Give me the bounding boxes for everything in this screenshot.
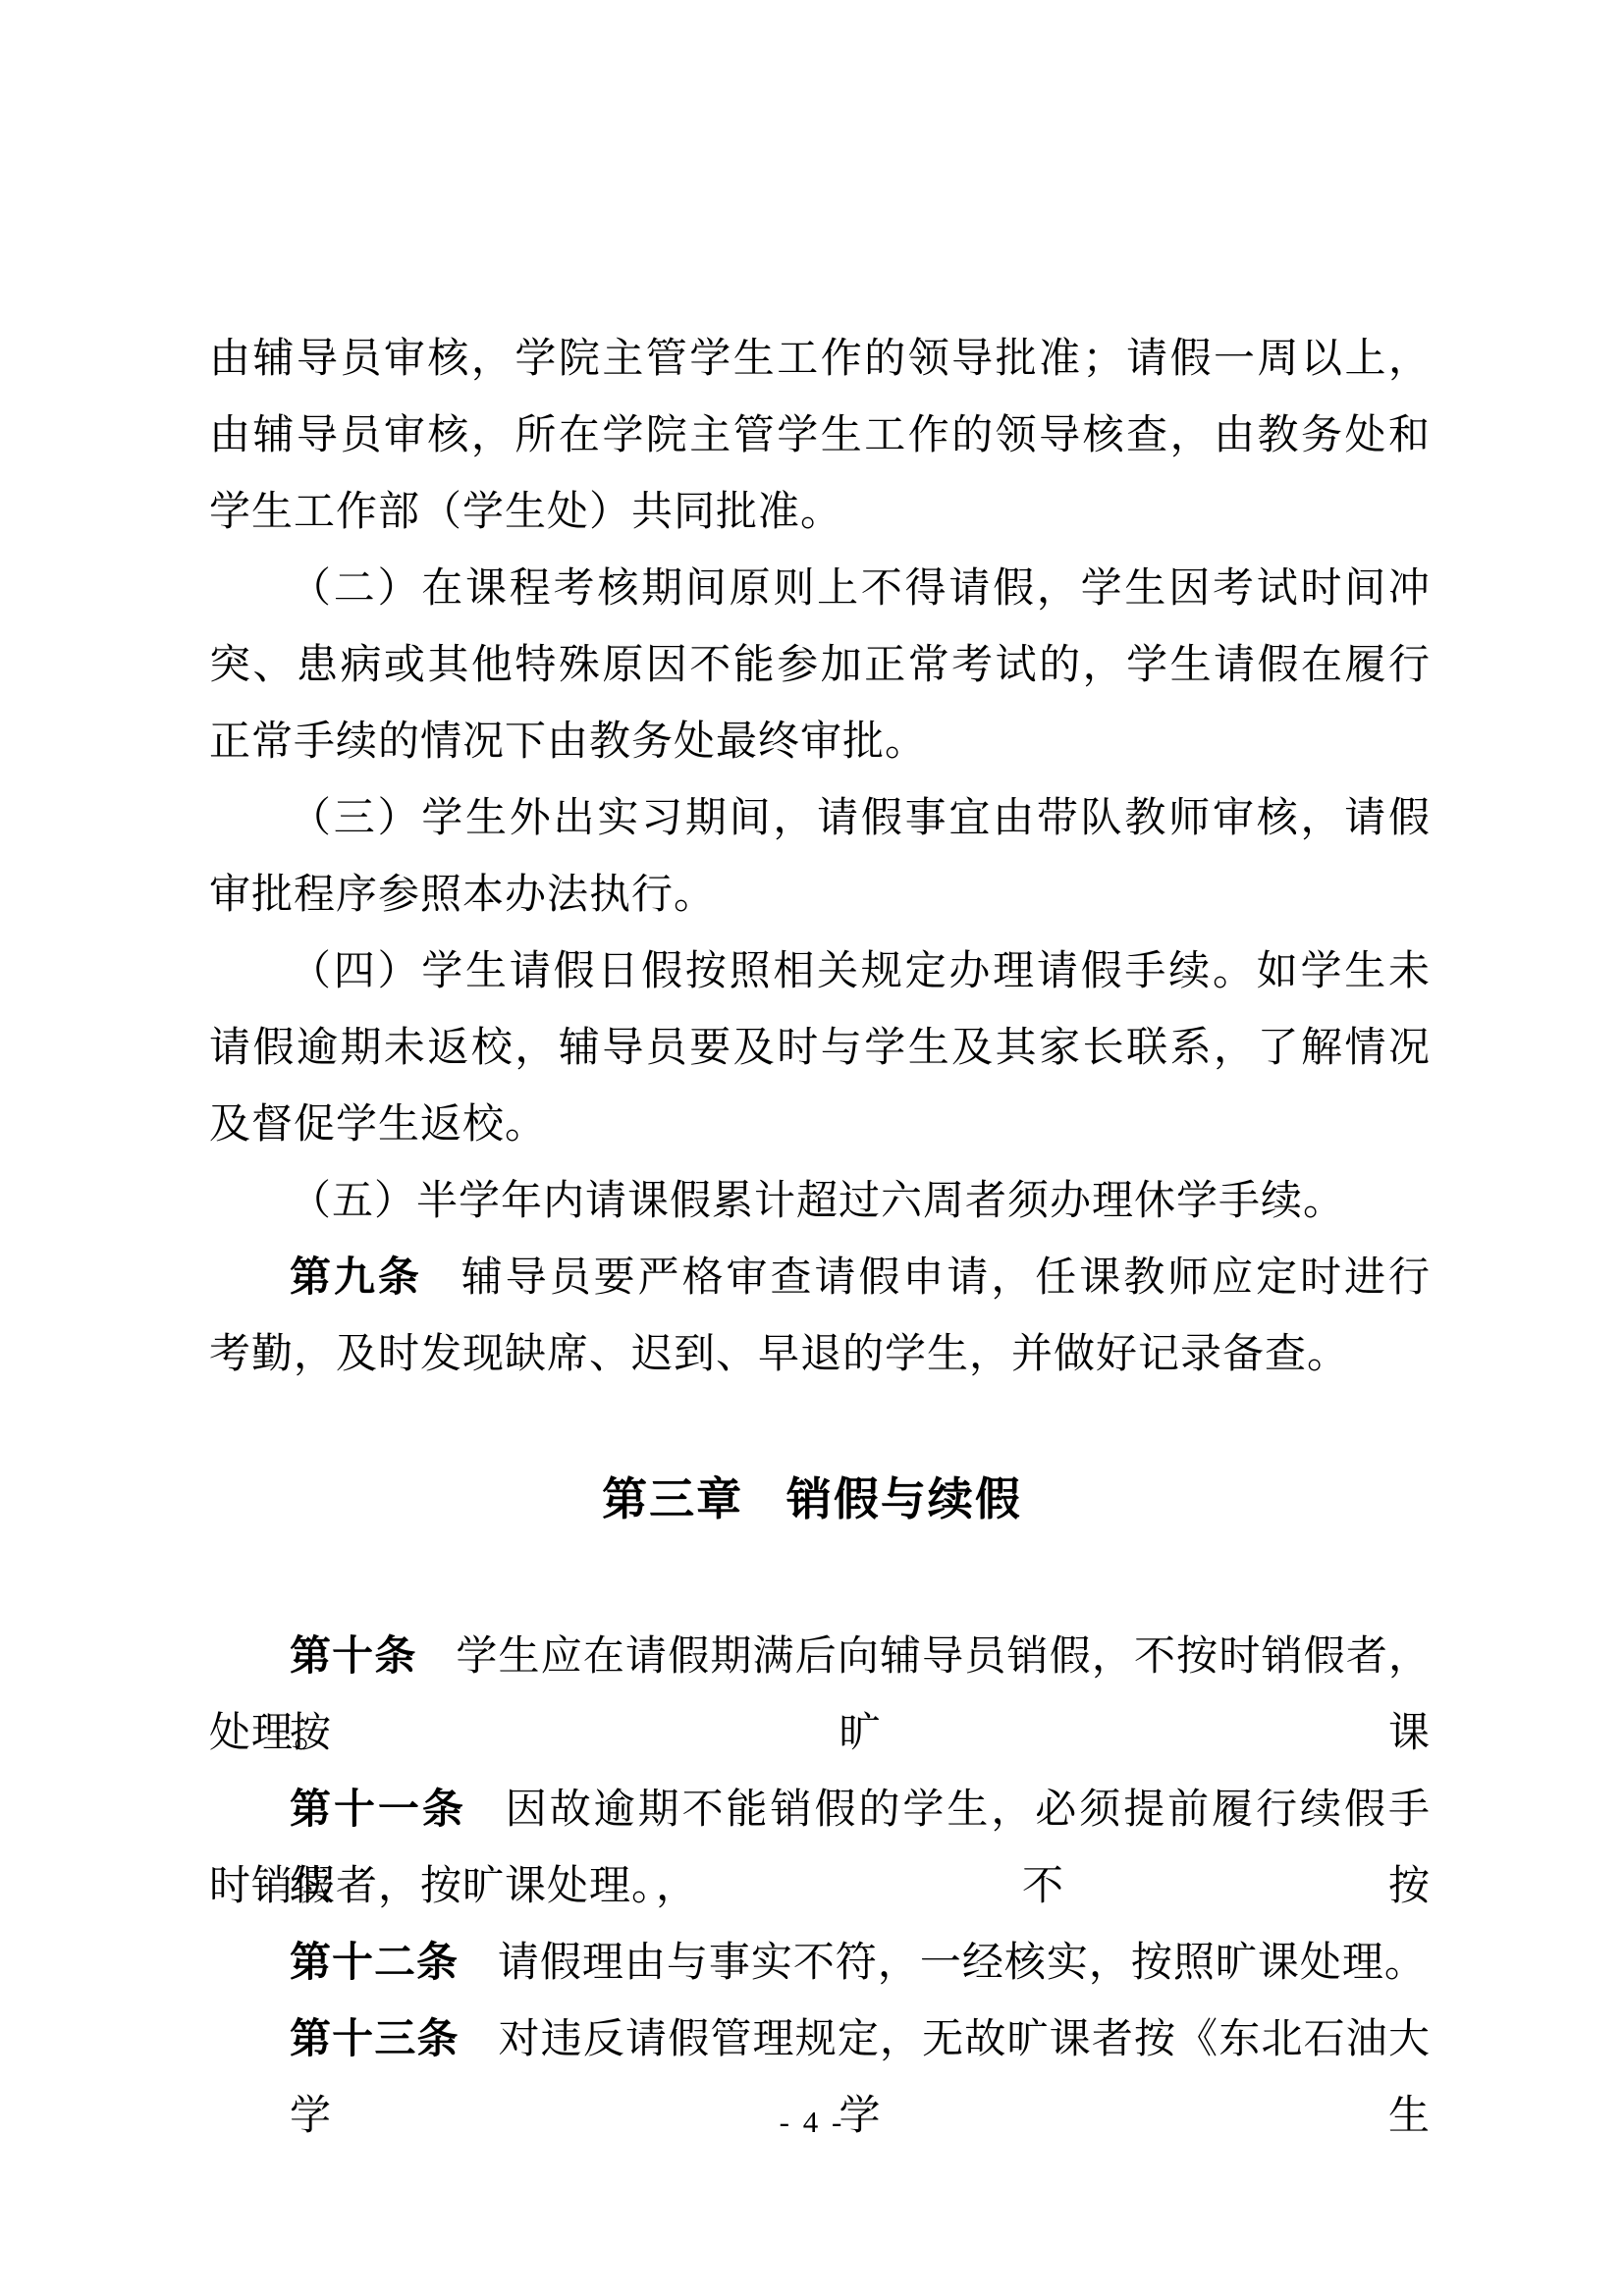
body-line: （四）学生请假日假按照相关规定办理请假手续。如学生未 — [209, 934, 1431, 1010]
body-line: 第十条学生应在请假期满后向辅导员销假，不按时销假者，按旷课 — [209, 1619, 1431, 1695]
body-line: 由辅导员审核，学院主管学生工作的领导批准；请假一周以上， — [209, 321, 1431, 398]
body-line: 第十一条因故逾期不能销假的学生，必须提前履行续假手续，不按 — [209, 1772, 1431, 1848]
body-line: 考勤，及时发现缺席、迟到、早退的学生，并做好记录备查。 — [209, 1316, 1431, 1393]
article-text: 请假理由与事实不符，一经核实，按照旷课处理。 — [498, 1941, 1427, 1986]
body-text-lower: 第十条学生应在请假期满后向辅导员销假，不按时销假者，按旷课 处理。 第十一条因故… — [209, 1619, 1431, 2078]
body-line: 第十三条对违反请假管理规定，无故旷课者按《东北石油大学学生 — [209, 2002, 1431, 2078]
body-line: 请假逾期未返校，辅导员要及时与学生及其家长联系，了解情况 — [209, 1010, 1431, 1087]
body-text-upper: 由辅导员审核，学院主管学生工作的领导批准；请假一周以上， 由辅导员审核，所在学院… — [209, 321, 1431, 1393]
body-line: 审批程序参照本办法执行。 — [209, 857, 1431, 934]
body-line: 学生工作部（学生处）共同批准。 — [209, 474, 1431, 551]
body-line: （三）学生外出实习期间，请假事宜由带队教师审核，请假 — [209, 780, 1431, 857]
article-number: 第十条 — [290, 1634, 417, 1680]
document-page: 由辅导员审核，学院主管学生工作的领导批准；请假一周以上， 由辅导员审核，所在学院… — [0, 0, 1624, 2296]
article-number: 第十三条 — [290, 2017, 460, 2062]
chapter-heading: 第三章销假与续假 — [0, 1459, 1624, 1539]
article-text: 辅导员要严格审查请假申请，任课教师应定时进行 — [461, 1255, 1431, 1301]
chapter-title: 销假与续假 — [786, 1473, 1022, 1524]
body-line: （五）半学年内请课假累计超过六周者须办理休学手续。 — [209, 1163, 1431, 1240]
article-number: 第十一条 — [290, 1788, 466, 1833]
body-line: 及督促学生返校。 — [209, 1087, 1431, 1163]
body-line: 第十二条请假理由与事实不符，一经核实，按照旷课处理。 — [209, 1925, 1431, 2002]
article-number: 第十二条 — [290, 1941, 459, 1986]
body-line: 第九条辅导员要严格审查请假申请，任课教师应定时进行 — [209, 1240, 1431, 1316]
body-line: （二）在课程考核期间原则上不得请假，学生因考试时间冲 — [209, 551, 1431, 627]
article-text: 学生应在请假期满后向辅导员销假，不按时销假者，按旷课 — [290, 1634, 1431, 1756]
body-line: 突、患病或其他特殊原因不能参加正常考试的，学生请假在履行 — [209, 627, 1431, 704]
body-line: 由辅导员审核，所在学院主管学生工作的领导核查，由教务处和 — [209, 398, 1431, 474]
body-line: 正常手续的情况下由教务处最终审批。 — [209, 704, 1431, 780]
page-number: - 4 - — [0, 2101, 1624, 2144]
chapter-number: 第三章 — [602, 1473, 743, 1524]
article-number: 第九条 — [290, 1255, 422, 1301]
